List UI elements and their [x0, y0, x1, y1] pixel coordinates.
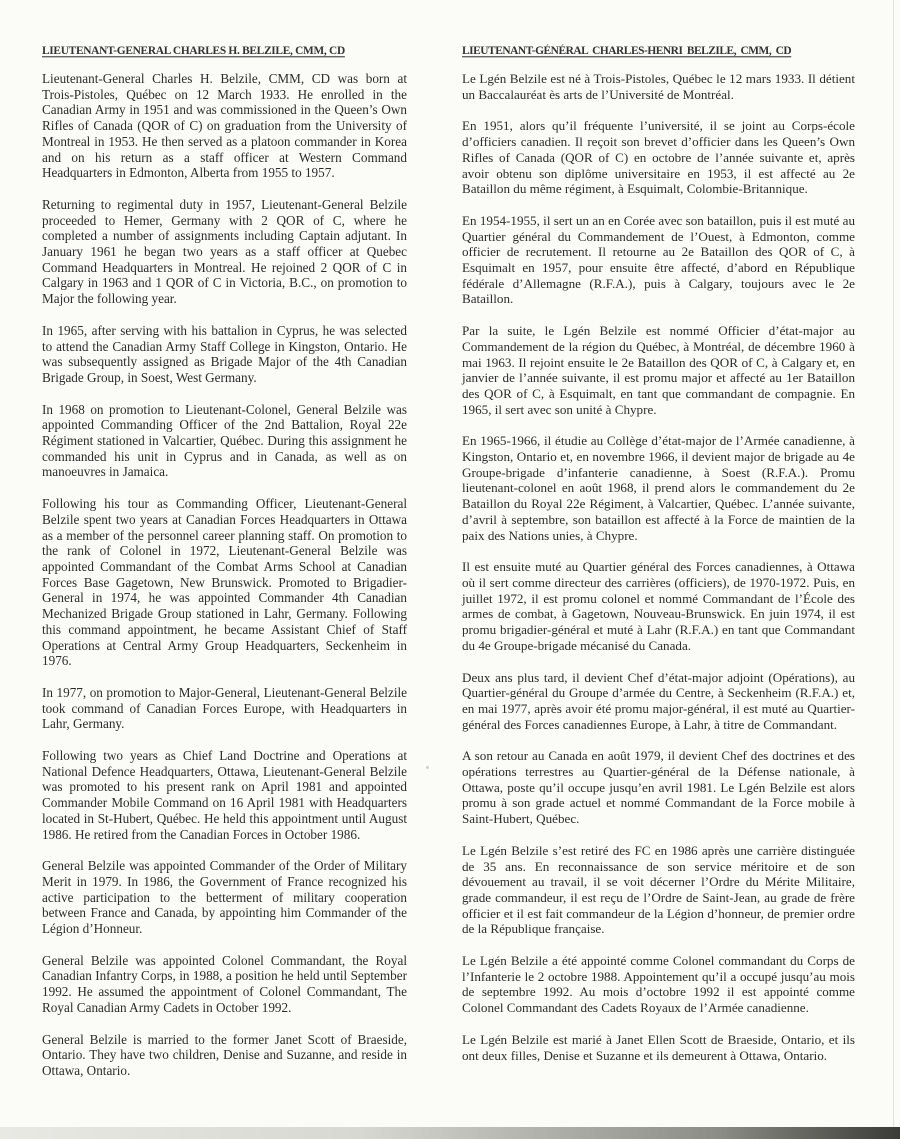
french-paragraph: En 1965-1966, il étudie au Collège d’éta…	[462, 433, 855, 543]
english-paragraph: In 1968 on promotion to Lieutenant-Colon…	[42, 402, 407, 481]
english-paragraph: In 1977, on promotion to Major-General, …	[42, 685, 407, 732]
english-paragraph: General Belzile was appointed Colonel Co…	[42, 953, 407, 1016]
english-paragraph: General Belzile is married to the former…	[42, 1032, 407, 1079]
french-paragraph: Le Lgén Belzile a été appointé comme Col…	[462, 953, 855, 1016]
french-paragraph: Le Lgén Belzile s’est retiré des FC en 1…	[462, 843, 855, 937]
french-paragraph: Le Lgén Belzile est marié à Janet Ellen …	[462, 1032, 855, 1063]
english-paragraph: Following two years as Chief Land Doctri…	[42, 748, 407, 842]
english-paragraph: Returning to regimental duty in 1957, Li…	[42, 197, 407, 307]
french-paragraph: A son retour au Canada en août 1979, il …	[462, 748, 855, 827]
french-paragraph: Il est ensuite muté au Quartier général …	[462, 559, 855, 653]
english-paragraph: Lieutenant-General Charles H. Belzile, C…	[42, 71, 407, 181]
french-paragraph: Deux ans plus tard, il devient Chef d’ét…	[462, 670, 855, 733]
french-paragraph: Par la suite, le Lgén Belzile est nommé …	[462, 323, 855, 417]
french-column: LIEUTENANT-GÉNÉRAL CHARLES-HENRI BELZILE…	[462, 45, 855, 1079]
english-paragraph: In 1965, after serving with his battalio…	[42, 323, 407, 386]
french-paragraph: En 1954-1955, il sert un an en Corée ave…	[462, 213, 855, 307]
page-bottom-shadow	[0, 1127, 900, 1139]
english-paragraph: General Belzile was appointed Commander …	[42, 858, 407, 937]
english-column: LIEUTENANT-GENERAL CHARLES H. BELZILE, C…	[42, 45, 407, 1095]
french-paragraph: Le Lgén Belzile est né à Trois-Pistoles,…	[462, 71, 855, 102]
french-paragraph: En 1951, alors qu’il fréquente l’univers…	[462, 118, 855, 197]
scan-speck	[426, 766, 429, 769]
english-heading: LIEUTENANT-GENERAL CHARLES H. BELZILE, C…	[42, 45, 407, 58]
english-paragraph: Following his tour as Commanding Officer…	[42, 496, 407, 669]
page-edge	[893, 0, 894, 1128]
french-heading: LIEUTENANT-GÉNÉRAL CHARLES-HENRI BELZILE…	[462, 45, 855, 58]
